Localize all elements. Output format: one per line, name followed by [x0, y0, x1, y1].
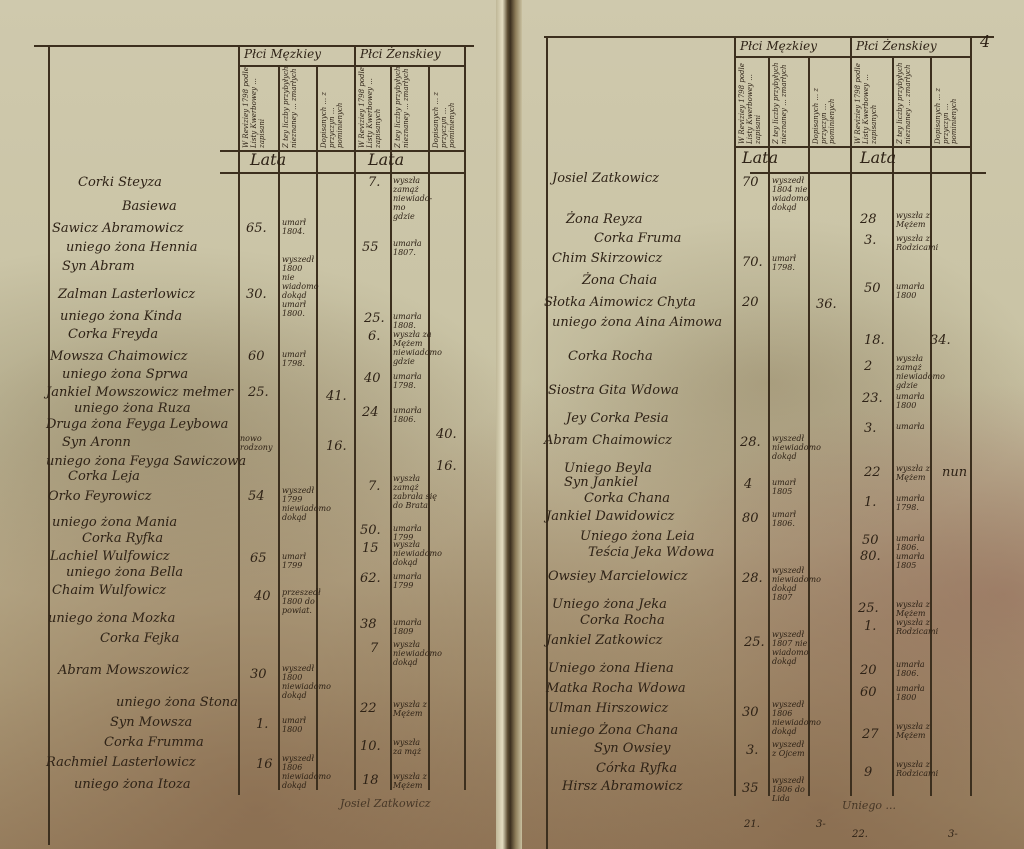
- lata-label-female: Lata: [368, 152, 404, 168]
- entry-male-note: wyszedł 1806 niewiadomo dokąd: [772, 700, 808, 736]
- left-page: Płci Męzkiey Płci Żenskiey W Reviziey 17…: [0, 0, 500, 849]
- entry-female-note: wyszła z Mężem: [896, 600, 930, 618]
- entry-name: Corka Rocha: [568, 350, 653, 363]
- lata-rule: [220, 172, 464, 174]
- entry-female-age: 60: [860, 686, 877, 699]
- document-spread: Płci Męzkiey Płci Żenskiey W Reviziey 17…: [0, 0, 1024, 849]
- entry-male-note: wyszedł 1800 niewiadomo dokąd: [282, 664, 318, 700]
- entry-name: uniego Żona Chana: [550, 724, 678, 737]
- entry-name: uniego żona Stona: [116, 696, 238, 709]
- right-page: 4 Płci Męzkiey Płci Żenskiey W Reviziey …: [518, 0, 1024, 849]
- entry-male-note: umarł 1799: [282, 552, 316, 570]
- entry-male-age: 65.: [246, 222, 267, 235]
- entry-name: uniego żona Mania: [52, 516, 177, 529]
- entry-female-note: umarła 1806.: [896, 660, 930, 678]
- entry-male-age: 28.: [742, 572, 763, 585]
- column-subheader: Dopisanych ... z przyczyn ... pominienyc…: [934, 60, 958, 144]
- entry-male-age: 60: [248, 350, 265, 363]
- entry-male-note: umarł 1798.: [772, 254, 808, 272]
- col-rule: [390, 65, 392, 790]
- entry-female-age: 24: [362, 406, 379, 419]
- total-female-listed: 22.: [852, 830, 868, 840]
- entry-name: Sawicz Abramowicz: [52, 222, 183, 235]
- entry-name: Basiewa: [122, 200, 177, 213]
- entry-name: uniego żona Mozka: [48, 612, 175, 625]
- column-subheader: Z tey liczby przybyłych nieznaney ... zm…: [394, 66, 410, 148]
- entry-name: Teścia Jeka Wdowa: [588, 546, 714, 559]
- entry-female-note: umarła 1809: [393, 618, 427, 636]
- entry-female-note: wyszła z Mężem: [393, 700, 427, 718]
- entry-female-age: 6.: [368, 330, 380, 343]
- entry-name: Chaim Wulfowicz: [52, 584, 166, 597]
- col-rule: [930, 56, 932, 796]
- entry-name: Córka Ryfka: [596, 762, 677, 775]
- entry-name: Syn Jankiel: [564, 476, 638, 489]
- entry-name: Syn Abram: [62, 260, 135, 273]
- left-margin-rule: [48, 45, 50, 845]
- entry-name: uniego żona Hennia: [66, 241, 198, 254]
- entry-name: uniego żona Itoza: [74, 778, 191, 791]
- entry-female-age: 18.: [864, 334, 885, 347]
- entry-male-age: 40: [254, 590, 271, 603]
- entry-female-note: umarła 1798.: [393, 372, 427, 390]
- entry-male-note: wyszedł 1804 nie wiadomo dokąd: [772, 176, 808, 212]
- entry-name: uniego żona Feyga Sawiczowa: [46, 455, 246, 468]
- entry-name: uniego żona Ruza: [74, 402, 191, 415]
- entry-female-note: umarła 1806.: [896, 534, 930, 552]
- column-subheader: Dopisanych ... z przyczyn ... pominienyc…: [320, 66, 344, 148]
- col-rule: [850, 36, 852, 796]
- entry-male-note: wyszedł 1799 niewiadomo dokąd: [282, 486, 318, 522]
- entry-female-note: wyszła niewiadomo dokąd: [393, 640, 429, 667]
- entry-male-age: 30: [742, 706, 759, 719]
- entry-name: Żona Chaia: [582, 274, 657, 287]
- male-column-group-header: Płci Męzkiey: [740, 40, 817, 52]
- entry-male-note: wyszedł niewiadomo dokąd 1807: [772, 566, 808, 602]
- entry-male-note: wyszedł 1807 nie wiadomo dokąd: [772, 630, 808, 666]
- entry-name: Orko Feyrowicz: [48, 490, 152, 503]
- entry-male-note: wyszedł 1806 do Lida: [772, 776, 806, 803]
- col-rule: [808, 56, 810, 796]
- entry-female-age: 7.: [368, 176, 380, 189]
- entry-female-added: 34.: [930, 334, 951, 347]
- entry-male-note: umarł 1804.: [282, 218, 316, 236]
- entry-name: Słotka Aimowicz Chyta: [544, 296, 696, 309]
- entry-female-age: 20: [860, 664, 877, 677]
- signature: Josiel Zatkowicz: [340, 798, 431, 809]
- entry-female-age: 2: [864, 360, 872, 373]
- entry-female-note: wyszła z Mężem: [393, 772, 427, 790]
- total-male-listed: 21.: [744, 820, 760, 830]
- entry-female-note: wyszła z Rodzicami: [896, 760, 930, 778]
- entry-female-age: 50: [862, 534, 879, 547]
- entry-name: Josiel Zatkowicz: [552, 172, 659, 185]
- col-rule: [278, 65, 280, 790]
- entry-female-age: 7: [370, 642, 378, 655]
- entry-female-age: 3.: [864, 422, 876, 435]
- entry-female-age: 55: [362, 241, 379, 254]
- entry-female-note: umarła 1807.: [393, 239, 429, 257]
- entry-male-age: 70.: [742, 256, 763, 269]
- entry-male-age: 25.: [248, 386, 269, 399]
- total-male-added: 3-: [816, 820, 826, 830]
- entry-male-added: 41.: [326, 390, 347, 403]
- entry-name: Ulman Hirszowicz: [548, 702, 668, 715]
- lata-label-female: Lata: [860, 150, 896, 166]
- entry-male-note: wyszedł z Ojcem: [772, 740, 806, 758]
- entry-name: Corka Ryfka: [82, 532, 163, 545]
- entry-female-note: wyszła za Mężem niewiadomo gdzie: [393, 330, 433, 366]
- entry-female-age: 50.: [360, 524, 381, 537]
- entry-female-age: 3.: [864, 234, 876, 247]
- column-subheader: W Reviziey 1798 podle Listy Kwerbowey ..…: [854, 60, 878, 144]
- entry-male-note: wyszedł 1800 nie wiadomo dokąd umarł 180…: [282, 255, 316, 318]
- entry-male-age: 1.: [256, 718, 268, 731]
- entry-name: uniego żona Sprwa: [62, 368, 188, 381]
- column-subheader: W Reviziey 1798 podle Listy Kwerbowey ..…: [242, 66, 266, 148]
- entry-female-age: 25.: [364, 312, 385, 325]
- entry-female-added: 40.: [436, 428, 457, 441]
- entry-name: uniego żona Aina Aimowa: [552, 316, 722, 329]
- col-rule: [238, 45, 240, 795]
- entry-name: Corka Fejka: [100, 632, 179, 645]
- entry-female-note: umarła 1800: [896, 282, 930, 300]
- entry-female-age: 1.: [864, 496, 876, 509]
- entry-female-added: 16.: [436, 460, 457, 473]
- col-rule: [768, 56, 770, 796]
- entry-name: Jankiel Mowszowicz mełmer: [46, 386, 233, 399]
- entry-name: Mowsza Chaimowicz: [50, 350, 187, 363]
- entry-male-age: 16: [256, 758, 273, 771]
- col-rule: [892, 56, 894, 796]
- entry-female-age: 1.: [864, 620, 876, 633]
- male-column-group-header: Płci Męzkiey: [244, 48, 321, 60]
- entry-male-age: 25.: [744, 636, 765, 649]
- entry-female-note: umarła 1800: [896, 684, 930, 702]
- entry-name: Rachmiel Lasterlowicz: [46, 756, 196, 769]
- entry-male-note: wyszedł niewiadomo dokąd: [772, 434, 808, 461]
- entry-female-age: 7.: [368, 480, 380, 493]
- entry-name: Corka Fruma: [594, 232, 681, 245]
- female-column-group-header: Płci Żenskiey: [360, 48, 441, 60]
- entry-female-note: wyszła zamąż zabrała się do Brata: [393, 474, 443, 510]
- lata-label-male: Lata: [250, 152, 286, 168]
- column-subheader: W Reviziey 1798 podle Listy Kwerbowey ..…: [738, 60, 762, 144]
- entry-female-note: wyszła niewiadomo dokąd: [393, 540, 443, 567]
- entry-male-added: 36.: [816, 298, 837, 311]
- entry-name: Corka Freyda: [68, 328, 158, 341]
- entry-female-note: wyszła z Mężem: [896, 722, 930, 740]
- entry-female-added: nun: [942, 466, 967, 479]
- col-rule: [464, 45, 466, 790]
- entry-male-note: umarł 1805: [772, 478, 806, 496]
- lata-label-male: Lata: [742, 150, 778, 166]
- entry-female-note: wyszła zamąż niewiado-mo gdzie: [393, 176, 429, 221]
- entry-female-note: wyszła z Mężem: [896, 211, 930, 229]
- entry-female-note: umarła 1805: [896, 552, 930, 570]
- entry-male-note: przeszedł 1800 do powiat.: [282, 588, 322, 615]
- entry-female-note: wyszła z Rodzicami: [896, 618, 932, 636]
- entry-male-age: 3.: [746, 744, 758, 757]
- col-rule: [428, 65, 430, 790]
- entry-male-age: 80: [742, 512, 759, 525]
- entry-male-note: umarł 1800: [282, 716, 316, 734]
- entry-name: Siostra Gita Wdowa: [548, 384, 679, 397]
- column-subheader: W Reviziey 1798 podle Listy Kwerbowey ..…: [358, 66, 382, 148]
- entry-name: Corka Leja: [68, 470, 140, 483]
- column-subheader: Dopisanych ... z przyczyn ... pominienyc…: [432, 66, 456, 148]
- entry-female-note: wyszła zamąż niewiadomo gdzie: [896, 354, 936, 390]
- entry-name: Hirsz Abramowicz: [562, 780, 683, 793]
- entry-female-note: umarła 1808.: [393, 312, 429, 330]
- entry-name: Zalman Lasterlowicz: [58, 288, 195, 301]
- entry-female-age: 40: [364, 372, 381, 385]
- entry-female-age: 27: [862, 728, 879, 741]
- entry-name: Corka Rocha: [580, 614, 665, 627]
- entry-name: uniego żona Bella: [66, 566, 183, 579]
- entry-name: Abram Mowszowicz: [58, 664, 189, 677]
- entry-male-age: 35: [742, 782, 759, 795]
- footer-note: Uniego ...: [842, 800, 896, 811]
- entry-female-age: 9: [864, 766, 872, 779]
- entry-male-note: umarł 1798.: [282, 350, 316, 368]
- entry-female-age: 15: [362, 542, 379, 555]
- lata-rule: [750, 172, 986, 174]
- female-column-group-header: Płci Żenskiey: [856, 40, 937, 52]
- col-rule: [354, 45, 356, 790]
- entry-name: Uniego żona Hiena: [548, 662, 674, 675]
- entry-male-age: 30.: [246, 288, 267, 301]
- entry-female-note: umarła 1798.: [896, 494, 930, 512]
- entry-male-age: 20: [742, 296, 759, 309]
- entry-name: Corka Frumma: [104, 736, 204, 749]
- column-subheader: Z tey liczby przybyłych nieznaney ... zm…: [282, 66, 298, 148]
- entry-name: Druga żona Feyga Leybowa: [46, 418, 228, 431]
- entry-male-age: 65: [250, 552, 267, 565]
- column-subheader: Z tey liczby przybyłych nieznaney ... zm…: [772, 60, 788, 144]
- entry-name: Lachiel Wulfowicz: [50, 550, 170, 563]
- entry-female-age: 22: [864, 466, 881, 479]
- entry-female-age: 25.: [858, 602, 879, 615]
- entry-female-age: 50: [864, 282, 881, 295]
- entry-name: Syn Aronn: [62, 436, 131, 449]
- entry-male-age: 54: [248, 490, 265, 503]
- entry-female-age: 23.: [862, 392, 883, 405]
- entry-female-note: wyszła z Mężem: [896, 464, 930, 482]
- column-subheader: Z tey liczby przybyłych nieznaney ... zm…: [896, 60, 912, 144]
- entry-female-note: umarła 1806.: [393, 406, 427, 424]
- entry-name: Jankiel Zatkowicz: [546, 634, 662, 647]
- entry-male-note: umarł 1806.: [772, 510, 806, 528]
- entry-female-age: 28: [860, 213, 877, 226]
- entry-name: Matka Rocha Wdowa: [546, 682, 686, 695]
- entry-name: Owsiey Marcielowicz: [548, 570, 688, 583]
- entry-male-age: 28.: [740, 436, 761, 449]
- entry-female-age: 38: [360, 618, 377, 631]
- entry-female-note: umarła: [896, 422, 930, 431]
- entry-female-note: umarła 1799: [393, 572, 427, 590]
- entry-male-note: wyszedł 1806 niewiadomo dokąd: [282, 754, 318, 790]
- entry-name: Chim Skirzowicz: [552, 252, 662, 265]
- entry-name: Uniego Beyla: [564, 462, 652, 475]
- entry-name: Jey Corka Pesia: [566, 412, 669, 425]
- entry-name: uniego żona Kinda: [60, 310, 182, 323]
- entry-female-age: 18: [362, 774, 379, 787]
- entry-male-age: 30: [250, 668, 267, 681]
- entry-male-age: 70: [742, 176, 759, 189]
- entry-female-age: 10.: [360, 740, 381, 753]
- entry-female-note: wyszła z Rodzicami: [896, 234, 936, 252]
- group-header-rule: [238, 65, 464, 67]
- entry-name: Syn Mowsza: [110, 716, 192, 729]
- col-rule: [734, 36, 736, 796]
- column-subheader: Dopisanych ... z przyczyn ... pominienyc…: [812, 60, 836, 144]
- total-female-added: 3-: [948, 830, 958, 840]
- top-rule: [544, 36, 994, 38]
- entry-name: Corka Chana: [584, 492, 670, 505]
- entry-name: Żona Reyza: [566, 213, 643, 226]
- col-rule: [970, 36, 972, 796]
- entry-name: Jankiel Dawidowicz: [546, 510, 674, 523]
- entry-male-age: 4: [744, 478, 752, 491]
- entry-female-age: 62.: [360, 572, 381, 585]
- entry-female-note: wyszła za mąż: [393, 738, 427, 756]
- entry-female-note: umarła 1800: [896, 392, 930, 410]
- page-number: 4: [980, 34, 990, 50]
- entry-name: Syn Owsiey: [594, 742, 670, 755]
- entry-name: Corki Steyza: [78, 176, 162, 189]
- entry-male-age: nowo rodzony: [240, 434, 280, 452]
- entry-male-added: 16.: [326, 440, 347, 453]
- group-header-rule: [734, 56, 970, 58]
- entry-name: Uniego żona Jeka: [552, 598, 667, 611]
- entry-female-age: 80.: [860, 550, 881, 563]
- entry-name: Uniego żona Leia: [580, 530, 695, 543]
- entry-name: Abram Chaimowicz: [544, 434, 672, 447]
- entry-female-age: 22: [360, 702, 377, 715]
